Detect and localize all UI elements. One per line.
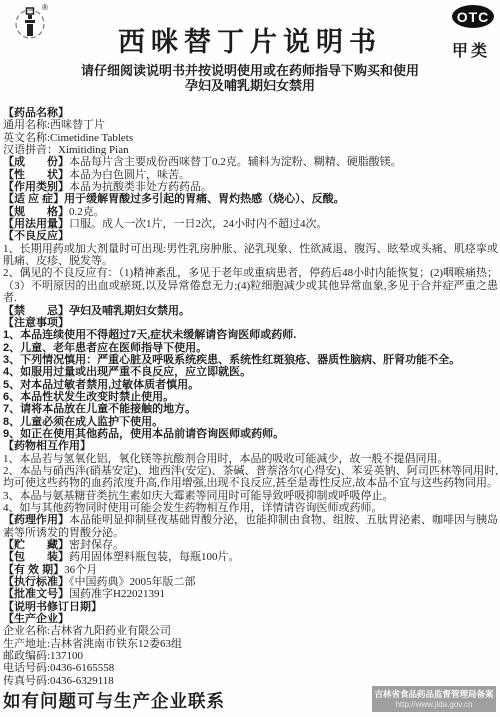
field-label: 【执行标准】: [3, 576, 69, 588]
otc-badge: OTC: [452, 5, 494, 28]
field-value: 6、本品性状发生改变时禁止使用。: [3, 391, 174, 403]
field-label: 【药理作用】: [3, 514, 69, 526]
insert-line: 【规 格】0.2克。: [3, 206, 498, 218]
insert-line: 【作用类别】本品为抗酸类非处方药药品。: [3, 181, 498, 193]
insert-line: 1、本品连续使用不得超过7天,症状未缓解请咨询医师或药师.: [3, 329, 498, 341]
field-label: 【药品名称】: [3, 107, 69, 119]
insert-line: 【注意事项】: [3, 317, 498, 329]
field-label: 【用法用量】: [3, 218, 69, 230]
field-label: 【适 应 症】: [3, 193, 64, 205]
insert-line: 【成 份】本品每片含主要成份西咪替丁0.2克。辅料为淀粉、糊精、硬脂酸镁。: [3, 156, 498, 168]
insert-line: 【贮 藏】密封保存。: [3, 539, 498, 551]
insert-line: 生产地址:吉林省洮南市铁东12委63组: [3, 638, 498, 650]
pregnancy-warning-line: 孕妇及哺乳期妇女禁用: [0, 78, 500, 93]
field-value: 3、本品与氨基糖苷类抗生素如庆大霉素等同用时可能导致呼吸抑制或呼吸停止。: [3, 490, 394, 502]
insert-line: 【说明书修订日期】: [3, 601, 498, 613]
field-label: 【作用类别】: [3, 181, 69, 193]
usage-warning-line: 请仔细阅读说明书并按说明使用或在药师指导下购买和使用: [0, 63, 500, 78]
field-value: 36个月: [64, 564, 97, 576]
field-value: 《中国药典》2005年版二部: [69, 576, 196, 588]
field-value: 9、如正在使用其他药品，使用本品前请咨询医师或药师。: [3, 428, 284, 440]
field-value: 邮政编码:137100: [3, 650, 83, 662]
insert-line: 1、本品若与氢氧化铝，氧化镁等抗酸剂合用时，本品的吸收可能减少，故一般不提倡同用…: [3, 453, 498, 465]
field-value: 密封保存。: [69, 539, 124, 551]
field-label: 【禁 忌】: [3, 305, 69, 317]
insert-line: 【生产企业】: [3, 613, 498, 625]
field-value: 电话号码:0436-6165558: [3, 662, 114, 674]
record-box: 吉林省食品药品监督管理局备案 http://www.jlda.gov.cn: [372, 686, 496, 712]
field-value: 本品能明显抑制昼夜基础胃酸分泌，也能抑制由食物、组胺、五肽胃泌素、咖啡因与胰岛素…: [3, 514, 498, 538]
field-value: 英文名称:Cimetidine Tablets: [3, 132, 133, 144]
field-value: 通用名称:西咪替丁片: [3, 119, 105, 131]
insert-line: 企业名称:吉林省九阳药业有限公司: [3, 625, 498, 637]
field-value: 8、儿童必须在成人监护下使用。: [3, 416, 163, 428]
insert-line: 邮政编码:137100: [3, 650, 498, 662]
field-value: 3、下列情况慎用：严重心脏及呼吸系统疾患、系统性红斑狼疮、器质性脑病、肝肾功能不…: [3, 354, 460, 366]
company-logo-icon: ®: [12, 2, 54, 44]
field-value: 本品为抗酸类非处方药药品。: [69, 181, 212, 193]
field-label: 【生产企业】: [3, 613, 69, 625]
insert-line: 【不良反应】: [3, 230, 498, 242]
field-value: 2、偶见的不良反应有：（1)精神紊乱，多见于老年或重病患者，停药后48小时内能恢…: [3, 267, 498, 304]
field-label: 【不良反应】: [3, 230, 69, 242]
field-value: 国药准字H22021391: [69, 588, 165, 600]
package-insert-page: ® OTC 甲类 西咪替丁片说明书 请仔细阅读说明书并按说明使用或在药师指导下购…: [0, 0, 500, 717]
field-value: 1、本品连续使用不得超过7天,症状未缓解请咨询医师或药师.: [3, 329, 296, 341]
field-label: 【性 状】: [3, 169, 69, 181]
insert-line: 【执行标准】《中国药典》2005年版二部: [3, 576, 498, 588]
field-value: 1、本品若与氢氧化铝，氧化镁等抗酸剂合用时，本品的吸收可能减少，故一般不提倡同用…: [3, 453, 449, 465]
insert-line: 【性 状】本品为白色圆片，味苦。: [3, 169, 498, 181]
field-value: 药用固体塑料瓶包装，每瓶100片。: [69, 551, 240, 563]
field-value: 汉语拼音：Ximitiding Pian: [3, 144, 129, 156]
insert-line: 【禁 忌】孕妇及哺乳期妇女禁用。: [3, 305, 498, 317]
page-title: 西咪替丁片说明书: [0, 0, 500, 58]
insert-line: 5、对本品过敏者禁用,过敏体质者慎用。: [3, 379, 498, 391]
field-value: 7、请将本品放在儿童不能接触的地方。: [3, 403, 196, 415]
insert-line: 6、本品性状发生改变时禁止使用。: [3, 391, 498, 403]
insert-line: 2、偶见的不良反应有：（1)精神紊乱，多见于老年或重病患者，停药后48小时内能恢…: [3, 267, 498, 304]
insert-line: 8、儿童必须在成人监护下使用。: [3, 416, 498, 428]
field-label: 【规 格】: [3, 206, 69, 218]
insert-line: 英文名称:Cimetidine Tablets: [3, 132, 498, 144]
record-authority-label: 吉林省食品药品监督管理局备案: [374, 689, 494, 700]
insert-line: 4、如与其他药物同时使用可能会发生药物相互作用，详情请咨询医师或药师。: [3, 502, 498, 514]
insert-line: 【用法用量】口服。成人一次1片，一日2次，24小时内不超过4次。: [3, 218, 498, 230]
field-value: 1、长期用药或加大剂量时可出现:男性乳房肿胀、泌乳现象、性欲减退、腹泻、眩晕或头…: [3, 243, 498, 267]
insert-line: 3、下列情况慎用：严重心脏及呼吸系统疾患、系统性红斑狼疮、器质性脑病、肝肾功能不…: [3, 354, 498, 366]
insert-line: 汉语拼音：Ximitiding Pian: [3, 144, 498, 156]
insert-line: 9、如正在使用其他药品，使用本品前请咨询医师或药师。: [3, 428, 498, 440]
field-label: 【贮 藏】: [3, 539, 69, 551]
insert-line: 2、本品与硝西泮(硝基安定)、地西泮(安定)、茶碱、普萘洛尔(心得安)、苯妥英钠…: [3, 465, 498, 490]
field-value: 4、如与其他药物同时使用可能会发生药物相互作用，详情请咨询医师或药师。: [3, 502, 383, 514]
field-value: 传真号码:0436-6329118: [3, 675, 114, 687]
insert-body: 【药品名称】通用名称:西咪替丁片英文名称:Cimetidine Tablets汉…: [3, 107, 498, 687]
field-value: 2、儿童、老年患者应在医师指导下使用。: [3, 342, 207, 354]
insert-line: 【药物相互作用】: [3, 440, 498, 452]
field-label: 【批准文号】: [3, 588, 69, 600]
field-label: 【成 份】: [3, 156, 69, 168]
insert-line: 【适 应 症】用于缓解胃酸过多引起的胃痛、胃灼热感（烧心）、反酸。: [3, 193, 498, 205]
insert-line: 4、如服用过量或出现严重不良反应，应立即就医。: [3, 366, 498, 378]
registered-mark: ®: [42, 3, 48, 12]
field-value: 4、如服用过量或出现严重不良反应，应立即就医。: [3, 366, 251, 378]
field-label: 【说明书修订日期】: [3, 601, 102, 613]
field-value: 生产地址:吉林省洮南市铁东12委63组: [3, 638, 182, 650]
insert-line: 3、本品与氨基糖苷类抗生素如庆大霉素等同用时可能导致呼吸抑制或呼吸停止。: [3, 490, 498, 502]
insert-line: 【药品名称】: [3, 107, 498, 119]
insert-line: 【有 效 期】36个月: [3, 564, 498, 576]
field-value: 2、本品与硝西泮(硝基安定)、地西泮(安定)、茶碱、普萘洛尔(心得安)、苯妥英钠…: [3, 465, 498, 489]
field-label: 【有 效 期】: [3, 564, 64, 576]
otc-class-label: 甲类: [452, 38, 490, 61]
field-value: 用于缓解胃酸过多引起的胃痛、胃灼热感（烧心）、反酸。: [64, 193, 345, 205]
field-label: 【药物相互作用】: [3, 440, 91, 452]
insert-line: 【包 装】药用固体塑料瓶包装，每瓶100片。: [3, 551, 498, 563]
field-value: 本品每片含主要成份西咪替丁0.2克。辅料为淀粉、糊精、硬脂酸镁。: [69, 156, 402, 168]
insert-line: 通用名称:西咪替丁片: [3, 119, 498, 131]
insert-line: 2、儿童、老年患者应在医师指导下使用。: [3, 342, 498, 354]
record-url: http://www.jlda.gov.cn: [374, 700, 494, 710]
field-label: 【包 装】: [3, 551, 69, 563]
insert-line: 1、长期用药或加大剂量时可出现:男性乳房肿胀、泌乳现象、性欲减退、腹泻、眩晕或头…: [3, 243, 498, 268]
insert-header: ® OTC 甲类 西咪替丁片说明书 请仔细阅读说明书并按说明使用或在药师指导下购…: [0, 0, 500, 102]
field-label: 【注意事项】: [3, 317, 69, 329]
field-value: 0.2克。: [69, 206, 105, 218]
field-value: 口服。成人一次1片，一日2次，24小时内不超过4次。: [69, 218, 328, 230]
field-value: 孕妇及哺乳期妇女禁用。: [69, 305, 190, 317]
field-value: 5、对本品过敏者禁用,过敏体质者慎用。: [3, 379, 199, 391]
insert-line: 【批准文号】国药准字H22021391: [3, 588, 498, 600]
insert-line: 【药理作用】本品能明显抑制昼夜基础胃酸分泌，也能抑制由食物、组胺、五肽胃泌素、咖…: [3, 514, 498, 539]
field-value: 本品为白色圆片，味苦。: [69, 169, 190, 181]
field-value: 企业名称:吉林省九阳药业有限公司: [3, 625, 171, 637]
insert-line: 电话号码:0436-6165558: [3, 662, 498, 674]
insert-line: 7、请将本品放在儿童不能接触的地方。: [3, 403, 498, 415]
